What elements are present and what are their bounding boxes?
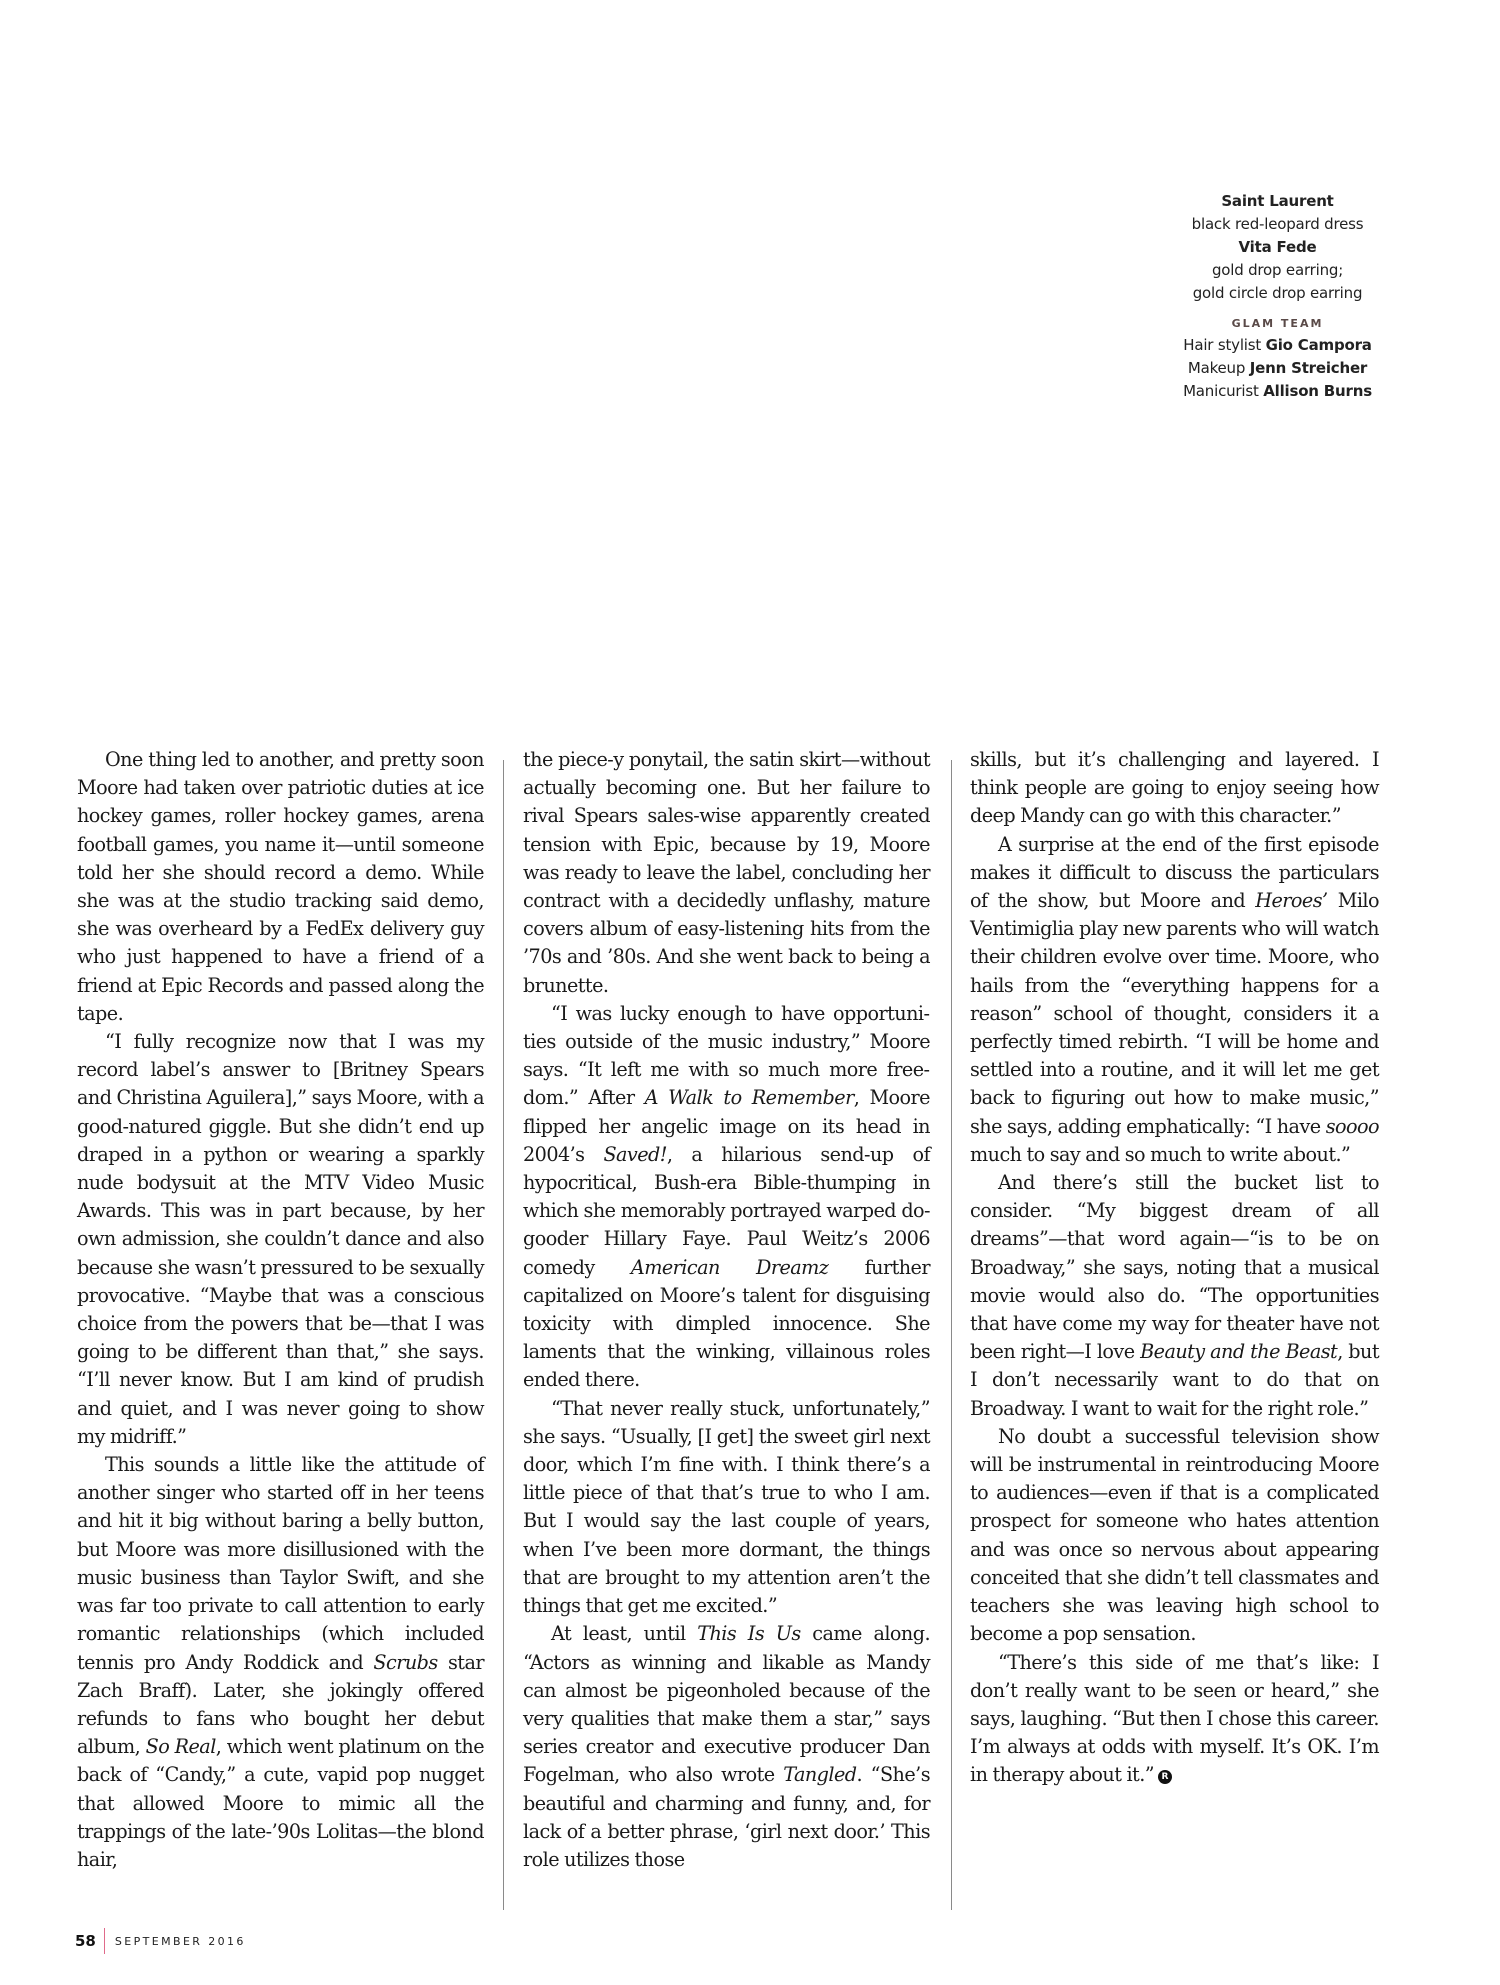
page-folio: 58 SEPTEMBER 2016 bbox=[75, 1928, 246, 1954]
italic-title: So Real bbox=[146, 1735, 216, 1758]
glam-member: Makeup Jenn Streicher bbox=[1150, 357, 1405, 380]
credit-item: gold circle drop earring bbox=[1150, 282, 1405, 305]
glam-person: Allison Burns bbox=[1263, 382, 1372, 400]
article-body: One thing led to another, and pretty soo… bbox=[77, 746, 1379, 1910]
glam-person: Gio Campora bbox=[1266, 336, 1372, 354]
paragraph: No doubt a successful television show wi… bbox=[970, 1423, 1379, 1649]
glam-role: Manicurist bbox=[1183, 382, 1259, 400]
glam-person: Jenn Streicher bbox=[1250, 359, 1367, 377]
paragraph: the piece-y ponytail, the satin skirt—wi… bbox=[523, 746, 930, 1000]
italic-title: Beauty and the Beast bbox=[1140, 1340, 1337, 1363]
paragraph: skills, but it’s challenging and lay­ere… bbox=[970, 746, 1379, 831]
article-column-3: skills, but it’s challenging and lay­ere… bbox=[970, 746, 1379, 1790]
italic-title: Scrubs bbox=[373, 1651, 437, 1674]
glam-member: Hair stylist Gio Campora bbox=[1150, 334, 1405, 357]
italic-title: Heroes’ bbox=[1255, 889, 1327, 912]
italic-title: American Dreamz bbox=[631, 1256, 828, 1279]
italic-emphasis: soooo bbox=[1326, 1115, 1379, 1138]
article-column-2: the piece-y ponytail, the satin skirt—wi… bbox=[523, 746, 930, 1874]
end-mark-icon: R bbox=[1158, 1770, 1172, 1784]
credit-item: gold drop earring; bbox=[1150, 259, 1405, 282]
credit-brand: Vita Fede bbox=[1150, 236, 1405, 259]
glam-team-label: GLAM TEAM bbox=[1150, 314, 1405, 334]
photo-credits: Saint Laurent black red-leopard dress Vi… bbox=[1150, 190, 1405, 403]
italic-title: Saved! bbox=[603, 1143, 666, 1166]
paragraph: And there’s still the bucket list to con… bbox=[970, 1169, 1379, 1423]
issue-date: SEPTEMBER 2016 bbox=[115, 1935, 246, 1948]
paragraph: “That never really stuck, unfortu­nately… bbox=[523, 1395, 930, 1621]
folio-divider bbox=[104, 1928, 105, 1954]
paragraph: A surprise at the end of the first episo… bbox=[970, 831, 1379, 1169]
paragraph: “I fully recognize now that I was my rec… bbox=[77, 1028, 484, 1451]
paragraph: At least, until This Is Us came along. “… bbox=[523, 1620, 930, 1874]
glam-role: Makeup bbox=[1188, 359, 1245, 377]
paragraph: “There’s this side of me that’s like: I … bbox=[970, 1649, 1379, 1790]
article-column-1: One thing led to another, and pretty soo… bbox=[77, 746, 484, 1874]
credit-item: black red-leopard dress bbox=[1150, 213, 1405, 236]
italic-title: Tangled bbox=[783, 1763, 856, 1786]
paragraph: One thing led to another, and pretty soo… bbox=[77, 746, 484, 1028]
page-number: 58 bbox=[75, 1932, 96, 1950]
paragraph: “I was lucky enough to have opportuni­ti… bbox=[523, 1000, 930, 1395]
italic-title: A Walk to Remember bbox=[645, 1086, 854, 1109]
glam-role: Hair stylist bbox=[1183, 336, 1261, 354]
paragraph: This sounds a little like the attitude o… bbox=[77, 1451, 484, 1874]
glam-member: Manicurist Allison Burns bbox=[1150, 380, 1405, 403]
credit-brand: Saint Laurent bbox=[1150, 190, 1405, 213]
italic-title: This Is Us bbox=[697, 1622, 800, 1645]
